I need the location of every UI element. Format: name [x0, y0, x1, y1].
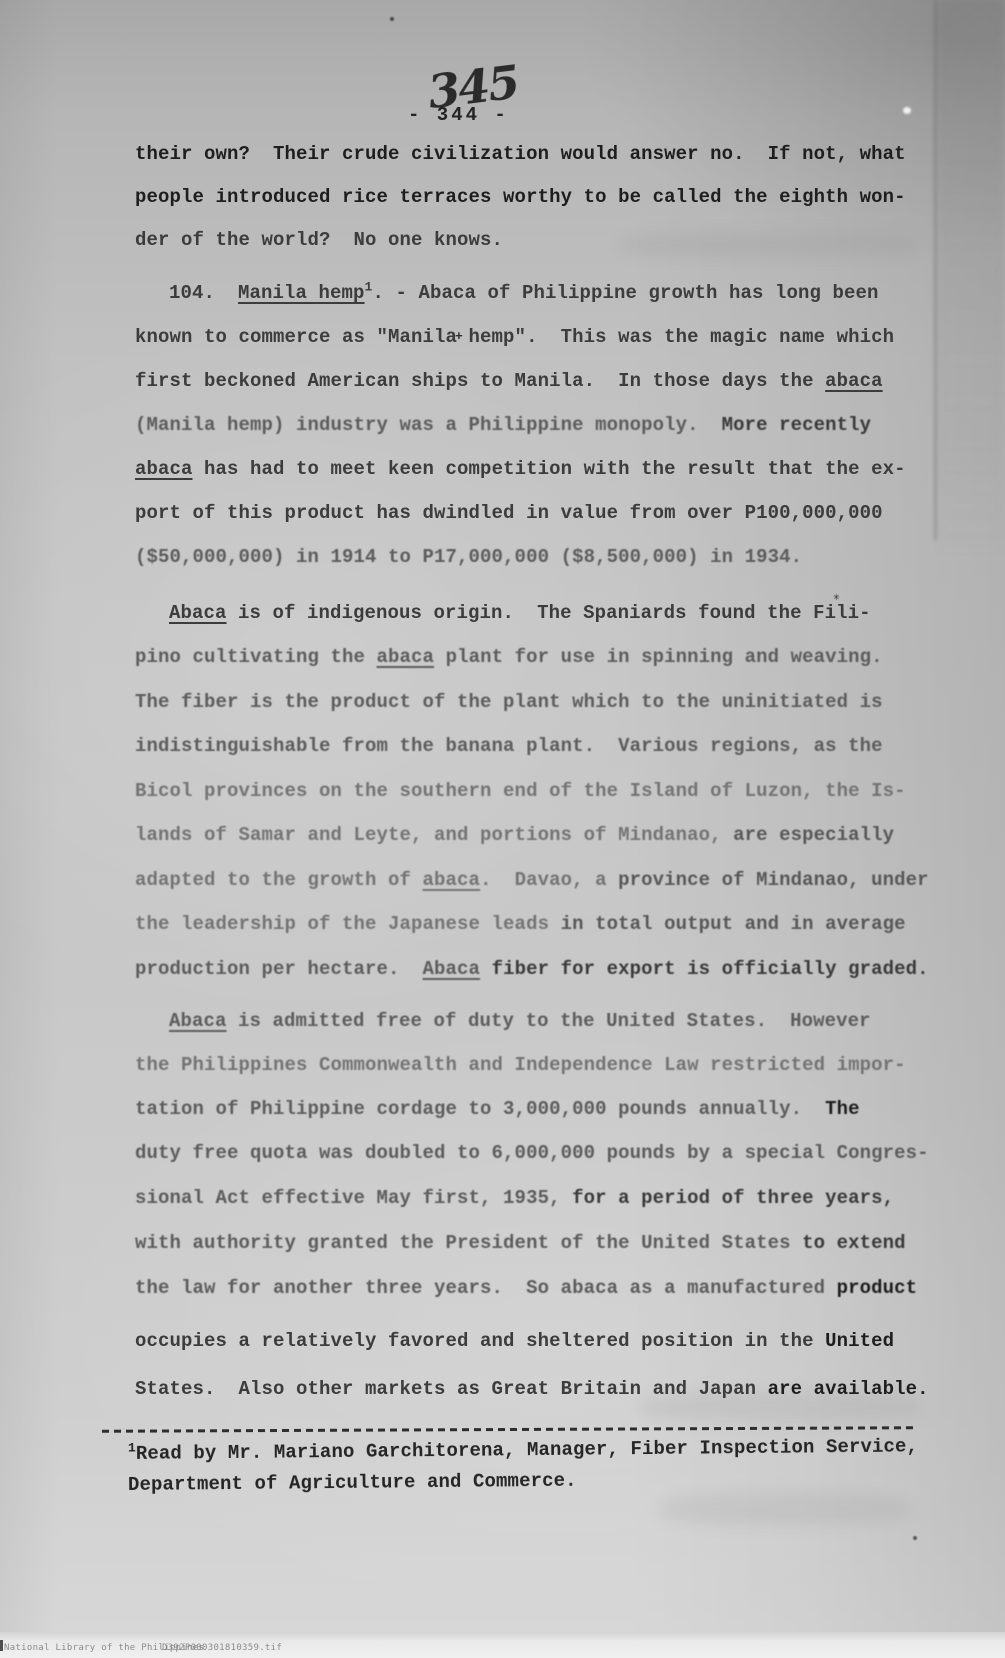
text-segment: the law for another three years. So abac…	[135, 1277, 837, 1299]
text-segment: is admitted free of duty to the United S…	[227, 1010, 871, 1032]
typed-page-number: - 344 -	[408, 104, 509, 126]
underlined-term: Abaca	[169, 602, 227, 624]
text-segment: port of this product has dwindled in val…	[135, 502, 883, 524]
text-line: first beckoned American ships to Manila.…	[135, 370, 883, 392]
text-line: ($50,000,000) in 1914 to P17,000,000 ($8…	[135, 546, 802, 568]
scan-edge-notch	[0, 1640, 3, 1651]
text-line: 1Read by Mr. Mariano Garchitorena, Manag…	[128, 1435, 918, 1465]
text-segment: . Davao, a	[480, 869, 618, 891]
text-segment: States. Also other markets as Great Brit…	[135, 1378, 768, 1400]
text-line: der of the world? No one knows.	[135, 229, 503, 251]
text-segment: United	[825, 1330, 894, 1352]
underlined-term: Abaca	[423, 958, 481, 980]
scan-speck	[903, 107, 911, 114]
text-line: Abaca is admitted free of duty to the Un…	[135, 1010, 871, 1032]
text-segment: has had to meet keen competition with th…	[193, 458, 906, 480]
text-segment: duty free quota was doubled to 6,000,000…	[135, 1142, 929, 1164]
text-segment: product	[837, 1277, 918, 1299]
text-segment: tation of Philippine cordage to 3,000,00…	[135, 1098, 825, 1120]
text-line: sional Act effective May first, 1935, fo…	[135, 1187, 894, 1209]
text-segment: sional Act effective May first, 1935,	[135, 1187, 572, 1209]
text-line: known to commerce as "Manila hemp". This…	[135, 326, 894, 348]
text-segment: known to commerce as "Manila hemp". This…	[135, 326, 894, 348]
text-line: The fiber is the product of the plant wh…	[135, 691, 883, 713]
text-segment: occupies a relatively favored and shelte…	[135, 1330, 825, 1352]
scan-footer-bar: National Library of the Philippines D392…	[0, 1632, 1005, 1658]
text-line: the Philippines Commonwealth and Indepen…	[135, 1054, 906, 1076]
text-line: pino cultivating the abaca plant for use…	[135, 646, 883, 668]
text-segment: are especially	[733, 824, 894, 846]
text-segment: Department of Agriculture and Commerce.	[128, 1470, 577, 1496]
underlined-term: abaca	[377, 646, 435, 668]
text-line: Department of Agriculture and Commerce.	[128, 1470, 577, 1496]
text-line: port of this product has dwindled in val…	[135, 502, 883, 524]
text-segment: the leadership of the Japanese leads	[135, 913, 561, 935]
text-segment: for a period of three years,	[572, 1187, 894, 1209]
text-line: tation of Philippine cordage to 3,000,00…	[135, 1098, 860, 1120]
underlined-term: abaca	[135, 458, 193, 480]
text-segment: Read by Mr. Mariano Garchitorena, Manage…	[136, 1435, 918, 1465]
scan-speck	[390, 17, 394, 21]
text-segment: fiber for export is officially graded.	[480, 958, 929, 980]
scan-smudge	[620, 232, 920, 258]
text-segment: people introduced rice terraces worthy t…	[135, 186, 906, 208]
underlined-term: Manila hemp	[238, 282, 365, 304]
scanned-page: + ✳ 345 - 344 - their own? Their crude c…	[0, 0, 1005, 1658]
text-line: their own? Their crude civilization woul…	[135, 143, 906, 165]
text-segment: 104.	[169, 282, 238, 304]
text-line: 104. Manila hemp1. - Abaca of Philippine…	[135, 282, 879, 304]
text-segment: the Philippines Commonwealth and Indepen…	[135, 1054, 906, 1076]
footnote-reference: 1	[128, 1441, 136, 1456]
text-segment: with authority granted the President of …	[135, 1232, 802, 1254]
text-line: people introduced rice terraces worthy t…	[135, 186, 906, 208]
text-segment: first beckoned American ships to Manila.…	[135, 370, 825, 392]
text-segment: province of Mindanao, under	[618, 869, 929, 891]
text-segment: adapted to the growth of	[135, 869, 423, 891]
text-segment: are available.	[768, 1378, 929, 1400]
text-segment: their own? Their crude civilization woul…	[135, 143, 906, 165]
text-line: Bicol provinces on the southern end of t…	[135, 780, 906, 802]
text-segment: Bicol provinces on the southern end of t…	[135, 780, 906, 802]
text-segment: (Manila hemp) industry was a Philippine …	[135, 414, 722, 436]
text-line: States. Also other markets as Great Brit…	[135, 1378, 929, 1400]
text-line: abaca has had to meet keen competition w…	[135, 458, 906, 480]
text-segment: indistinguishable from the banana plant.…	[135, 735, 883, 757]
text-line: production per hectare. Abaca fiber for …	[135, 958, 929, 980]
text-segment: The fiber is the product of the plant wh…	[135, 691, 883, 713]
text-line: the law for another three years. So abac…	[135, 1277, 917, 1299]
footnote-separator	[102, 1426, 916, 1433]
text-line: duty free quota was doubled to 6,000,000…	[135, 1142, 929, 1164]
text-line: the leadership of the Japanese leads in …	[135, 913, 906, 935]
text-line: lands of Samar and Leyte, and portions o…	[135, 824, 894, 846]
underlined-term: abaca	[825, 370, 883, 392]
text-segment: is of indigenous origin. The Spaniards f…	[227, 602, 871, 624]
text-segment: . - Abaca of Philippine growth has long …	[372, 282, 878, 304]
page-fold-shadow	[937, 0, 1005, 560]
scan-filename: D392P000301810359.tif	[162, 1643, 282, 1653]
text-segment: lands of Samar and Leyte, and portions o…	[135, 824, 733, 846]
text-segment: der of the world? No one knows.	[135, 229, 503, 251]
text-segment: to extend	[802, 1232, 906, 1254]
text-segment: ($50,000,000) in 1914 to P17,000,000 ($8…	[135, 546, 802, 568]
underlined-term: Abaca	[169, 1010, 227, 1032]
text-segment: More recently	[722, 414, 872, 436]
text-line: adapted to the growth of abaca. Davao, a…	[135, 869, 929, 891]
text-segment: production per hectare.	[135, 958, 423, 980]
text-line: occupies a relatively favored and shelte…	[135, 1330, 894, 1352]
text-segment: in total output and in average	[561, 913, 906, 935]
scan-speck	[913, 1536, 917, 1540]
scan-smudge	[660, 1492, 910, 1526]
text-line: Abaca is of indigenous origin. The Spani…	[135, 602, 871, 624]
underlined-term: abaca	[423, 869, 481, 891]
text-segment: The	[825, 1098, 860, 1120]
text-line: with authority granted the President of …	[135, 1232, 906, 1254]
text-segment: pino cultivating the	[135, 646, 377, 668]
text-line: (Manila hemp) industry was a Philippine …	[135, 414, 871, 436]
text-line: indistinguishable from the banana plant.…	[135, 735, 883, 757]
text-segment: plant for use in spinning and weaving.	[434, 646, 883, 668]
